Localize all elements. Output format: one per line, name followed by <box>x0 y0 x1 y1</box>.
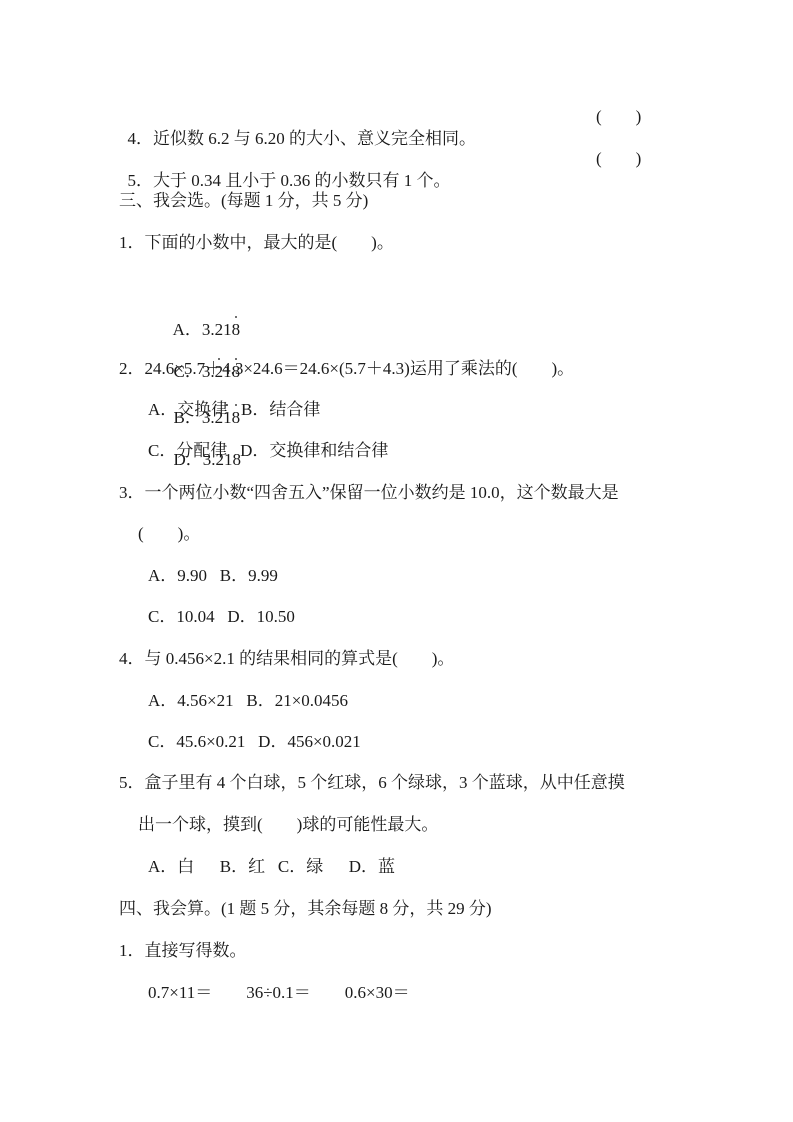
section-title: 三、我会选。(每题 1 分，共 5 分) <box>119 190 368 212</box>
question-stem: 5．盒子里有 4 个白球，5 个红球，6 个绿球，3 个蓝球，从中任意摸 <box>119 772 625 794</box>
judge-item-4: 4．近似数 6.2 与 6.20 的大小、意义完全相同。 <box>119 106 476 150</box>
item-text: 近似数 6.2 与 6.20 的大小、意义完全相同。 <box>153 129 476 148</box>
options-row[interactable]: C．45.6×0.21 D．456×0.021 <box>148 731 361 753</box>
options-row[interactable]: C．分配律 D．交换律和结合律 <box>148 440 388 462</box>
question-stem-continued: 出一个球，摸到( )球的可能性最大。 <box>138 814 438 836</box>
item-text: 4． <box>128 129 154 148</box>
question-stem: 2．24.6×5.7＋4.3×24.6＝24.6×(5.7＋4.3)运用了乘法的… <box>119 358 574 380</box>
item-text: 大于 0.34 且小于 0.36 的小数只有 1 个。 <box>153 171 451 190</box>
item-text: 5． <box>128 171 154 190</box>
judge-item-5: 5．大于 0.34 且小于 0.36 的小数只有 1 个。 <box>119 148 451 192</box>
options-row[interactable]: A．9.90 B．9.99 <box>148 565 278 587</box>
options-row[interactable]: A．4.56×21 B．21×0.0456 <box>148 690 348 712</box>
question-stem: 4．与 0.456×2.1 的结果相同的算式是( )。 <box>119 648 454 670</box>
calculation-row: 0.7×11＝ 36÷0.1＝ 0.6×30＝ <box>148 982 410 1004</box>
options-row[interactable]: A．交换律 B．结合律 <box>148 399 320 421</box>
answer-paren[interactable]: ( ) <box>596 148 641 170</box>
question-stem: 1．下面的小数中，最大的是( )。 <box>119 232 394 254</box>
question-stem: 1．直接写得数。 <box>119 940 247 962</box>
answer-paren[interactable]: ( ) <box>596 106 641 128</box>
options-row[interactable]: C．10.04 D．10.50 <box>148 606 295 628</box>
question-stem-continued: ( )。 <box>138 523 200 545</box>
section-title: 四、我会算。(1 题 5 分，其余每题 8 分，共 29 分) <box>119 898 492 920</box>
question-stem: 3．一个两位小数“四舍五入”保留一位小数约是 10.0，这个数最大是 <box>119 482 619 504</box>
options-row[interactable]: A．白 B．红 C．绿 D．蓝 <box>148 856 395 878</box>
